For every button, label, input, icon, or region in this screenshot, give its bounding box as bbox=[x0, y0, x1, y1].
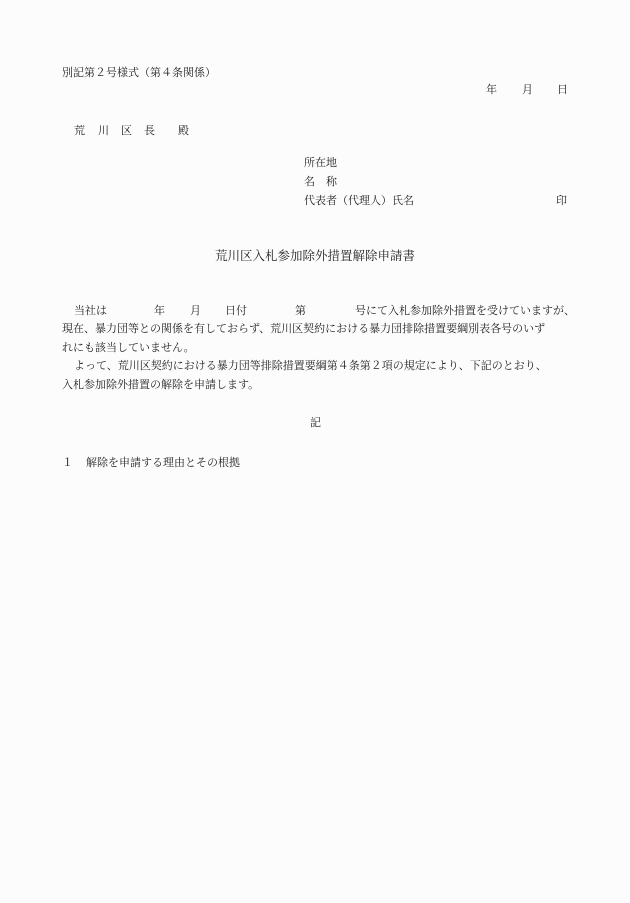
date-day-label: 日 bbox=[557, 83, 568, 97]
seal-label: 印 bbox=[556, 194, 567, 208]
addressee-char: 区 bbox=[121, 124, 132, 138]
body-line-1: 当社は 年 月 日付 第 号にて入札参加除外措置を受けていますが、 bbox=[74, 304, 107, 318]
ki-heading: 記 bbox=[310, 416, 321, 430]
body-line-5: 入札参加除外措置の解除を申請します。 bbox=[62, 378, 259, 392]
item-number: １ bbox=[62, 456, 73, 470]
document-title: 荒川区入札参加除外措置解除申請書 bbox=[0, 249, 630, 263]
name-label-char: 名 bbox=[304, 175, 315, 188]
addressee-char: 長 bbox=[144, 124, 155, 138]
addressee-char: 川 bbox=[98, 124, 109, 138]
body-line-2: 現在、暴力団等との関係を有しておらず、荒川区契約における暴力団排除措置要綱別表各… bbox=[62, 322, 545, 336]
form-number: 別記第２号様式（第４条関係） bbox=[62, 66, 216, 80]
name-label: 名称 bbox=[304, 175, 337, 189]
date-month-label: 月 bbox=[522, 83, 533, 97]
blank-year: 年 bbox=[154, 304, 165, 318]
addressee-char: 荒 bbox=[74, 124, 85, 138]
blank-number-suffix: 号にて入札参加除外措置を受けていますが、 bbox=[355, 304, 575, 318]
name-label-char: 称 bbox=[326, 175, 337, 188]
address-label: 所在地 bbox=[304, 156, 337, 170]
addressee-honorific: 殿 bbox=[178, 124, 189, 138]
date-year-label: 年 bbox=[486, 83, 497, 97]
blank-day: 日付 bbox=[225, 304, 247, 318]
representative-label: 代表者（代理人）氏名 bbox=[304, 194, 414, 208]
body-line-3: れにも該当していません。 bbox=[62, 341, 195, 355]
blank-month: 月 bbox=[190, 304, 201, 318]
body-line-4: よって、荒川区契約における暴力団等排除措置要綱第４条第２項の規定により、下記のと… bbox=[74, 359, 547, 373]
item-text: 解除を申請する理由とその根拠 bbox=[86, 456, 240, 470]
blank-number-prefix: 第 bbox=[295, 304, 306, 318]
